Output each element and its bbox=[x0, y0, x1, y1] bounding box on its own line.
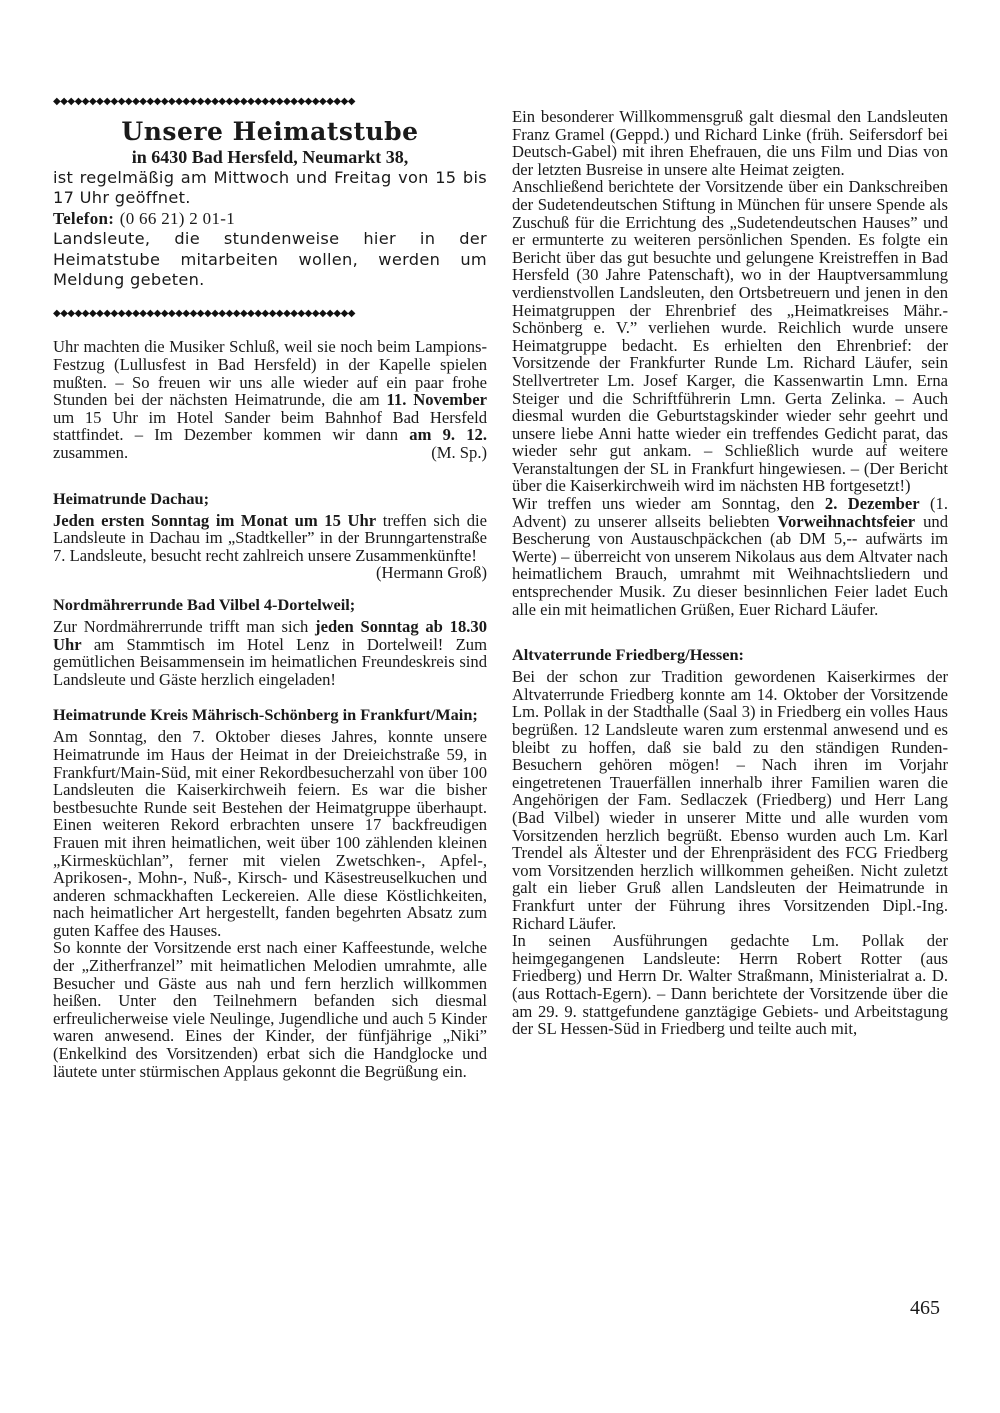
phone-number: (0 66 21) 2 01-1 bbox=[120, 209, 235, 228]
bold-span: am 9. 12. bbox=[409, 425, 487, 444]
friedberg-paragraph-2: In seinen Ausführungen gedachte Lm. Poll… bbox=[512, 932, 948, 1038]
hersfeld-report: Uhr machten die Musiker Schluß, weil sie… bbox=[53, 338, 487, 461]
frankfurt-paragraph-2: So konnte der Vorsitzende erst nach eine… bbox=[53, 939, 487, 1080]
phone-line: Telefon: (0 66 21) 2 01-1 bbox=[53, 209, 487, 229]
left-column: ◆◆◆◆◆◆◆◆◆◆◆◆◆◆◆◆◆◆◆◆◆◆◆◆◆◆◆◆◆◆◆◆◆◆◆◆◆◆◆◆… bbox=[53, 96, 487, 1080]
box-title: Unsere Heimatstube bbox=[53, 118, 487, 146]
diamond-ornament-bottom: ◆◆◆◆◆◆◆◆◆◆◆◆◆◆◆◆◆◆◆◆◆◆◆◆◆◆◆◆◆◆◆◆◆◆◆◆◆◆◆◆… bbox=[53, 308, 485, 320]
frankfurt-continued-paragraph-2: Anschließend berichtete der Vorsitzende … bbox=[512, 178, 948, 495]
friedberg-paragraph-1: Bei der schon zur Tradition gewordenen K… bbox=[512, 668, 948, 932]
diamond-ornament-top: ◆◆◆◆◆◆◆◆◆◆◆◆◆◆◆◆◆◆◆◆◆◆◆◆◆◆◆◆◆◆◆◆◆◆◆◆◆◆◆◆… bbox=[53, 96, 485, 108]
opening-hours-text: ist regelmäßig am Mittwoch und Freitag v… bbox=[53, 168, 487, 209]
text-span: zusammen. bbox=[53, 443, 128, 462]
frankfurt-continued-paragraph-1: Ein besonderer Willkommensgruß galt dies… bbox=[512, 108, 948, 178]
section-heading-frankfurt: Heimatrunde Kreis Mährisch-Schönberg in … bbox=[53, 706, 487, 724]
signature: (Hermann Groß) bbox=[53, 564, 487, 582]
section-heading-friedberg: Altvaterrunde Friedberg/Hessen: bbox=[512, 646, 948, 664]
section-heading-dachau: Heimatrunde Dachau; bbox=[53, 490, 487, 508]
frankfurt-christmas-invitation: Wir treffen uns wieder am Sonntag, den 2… bbox=[512, 495, 948, 618]
signature: (M. Sp.) bbox=[431, 444, 487, 462]
bold-span: 2. Dezember bbox=[825, 494, 920, 513]
text-span: am Stammtisch im Hotel Lenz in Dortelwei… bbox=[53, 635, 487, 689]
text-span: Zur Nordmährerrunde trifft man sich bbox=[53, 617, 315, 636]
right-column: Ein besonderer Willkommensgruß galt dies… bbox=[512, 108, 948, 1038]
bold-span: Jeden ersten Sonntag im Monat um 15 Uhr bbox=[53, 511, 376, 530]
text-span: Wir treffen uns wieder am Sonntag, den bbox=[512, 494, 825, 513]
heimatstube-notice-box: ◆◆◆◆◆◆◆◆◆◆◆◆◆◆◆◆◆◆◆◆◆◆◆◆◆◆◆◆◆◆◆◆◆◆◆◆◆◆◆◆… bbox=[53, 96, 487, 320]
page-number: 465 bbox=[910, 1297, 940, 1320]
box-subtitle: in 6430 Bad Hersfeld, Neumarkt 38, bbox=[53, 146, 487, 168]
bold-span: Vorweihnachtsfeier bbox=[778, 512, 916, 531]
dachau-text: Jeden ersten Sonntag im Monat um 15 Uhr … bbox=[53, 512, 487, 565]
section-heading-vilbel: Nordmährerrunde Bad Vilbel 4-Dortelweil; bbox=[53, 596, 487, 614]
phone-label: Telefon: bbox=[53, 209, 114, 228]
frankfurt-paragraph-1: Am Sonntag, den 7. Oktober dieses Jahres… bbox=[53, 728, 487, 939]
vilbel-text: Zur Nordmährerrunde trifft man sich jede… bbox=[53, 618, 487, 688]
volunteer-request-text: Landsleute, die stundenweise hier in der… bbox=[53, 229, 487, 290]
bold-span: 11. November bbox=[387, 390, 487, 409]
